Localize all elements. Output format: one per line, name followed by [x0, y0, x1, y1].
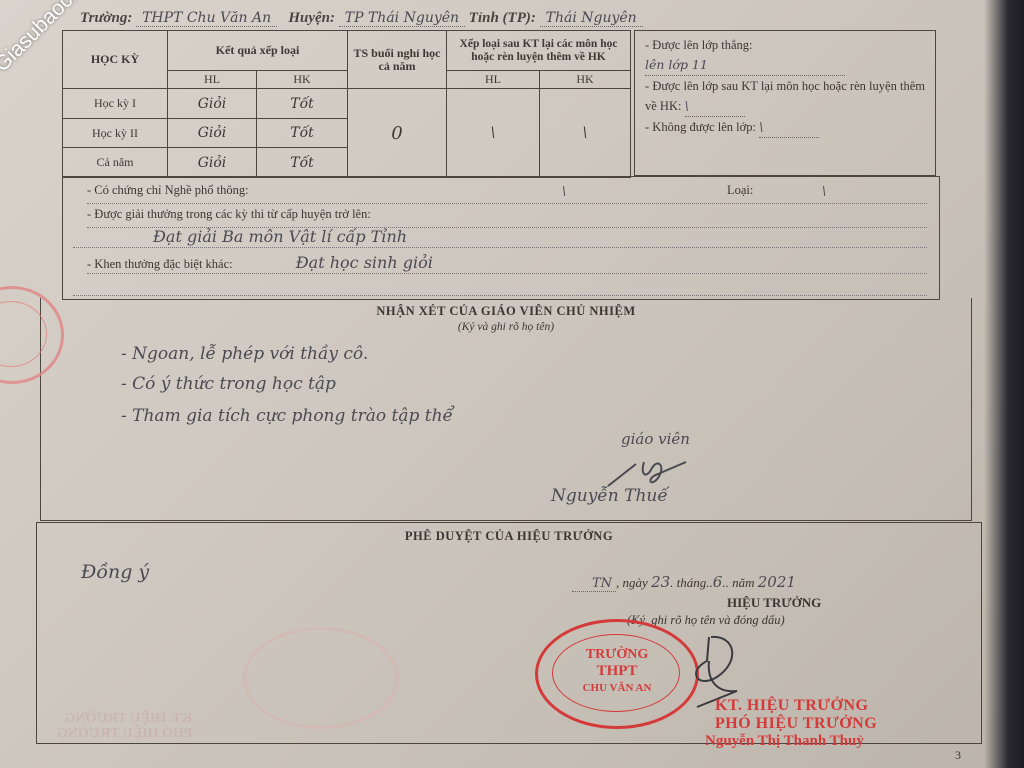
- award-value-line: Đạt giải Ba môn Vật lí cấp Tỉnh: [73, 227, 927, 248]
- certificate-line: - Có chứng chỉ Nghề phổ thông: \ Loại: \: [87, 183, 927, 204]
- signer-title: HIỆU TRƯỞNG: [727, 595, 821, 611]
- promote-after-retest-label: - Được lên lớp sau KT lại môn học hoặc r…: [645, 76, 925, 117]
- retest-hk-value: \: [540, 89, 631, 178]
- approval-date: TN, ngày 23. tháng..6.. năm 2021: [572, 573, 796, 591]
- sub-hl: HL: [168, 71, 257, 89]
- sub-retest-hk: HK: [540, 71, 631, 89]
- col-retest-header: Xếp loại sau KT lại các môn học hoặc rèn…: [447, 31, 631, 71]
- stamp-line-2: THPT: [538, 664, 696, 678]
- col-result-header: Kết quả xếp loại: [168, 31, 348, 71]
- district-label: Huyện:: [288, 10, 335, 26]
- award-label: - Được giải thưởng trong các kỳ thi từ c…: [87, 207, 371, 221]
- comment-line: - Ngoan, lễ phép với thầy cô.: [121, 344, 368, 364]
- sub-retest-hl: HL: [447, 71, 540, 89]
- award-value: Đạt giải Ba môn Vật lí cấp Tỉnh: [153, 227, 407, 246]
- year-value: 2021: [758, 573, 796, 591]
- not-promoted-label: - Không được lên lớp:: [645, 120, 756, 134]
- school-label: Trường:: [80, 10, 132, 26]
- teacher-comment-section: NHẬN XÉT CỦA GIÁO VIÊN CHỦ NHIỆM (Ký và …: [40, 298, 972, 521]
- hl-value: Giỏi: [168, 119, 257, 148]
- district-value: TP Thái Nguyên: [339, 10, 465, 27]
- stamp-line-1: TRƯỜNG: [538, 648, 696, 662]
- bleed-through-text: KT. HIỆU TRƯỞNG PHÓ HIỆU TRƯỞNG: [57, 711, 192, 741]
- bleed-through-stamp: [243, 627, 399, 729]
- promote-direct-label: - Được lên lớp thẳng:: [645, 35, 925, 55]
- award-label-line: - Được giải thưởng trong các kỳ thi từ c…: [87, 207, 927, 228]
- school-header: Trường: THPT Chu Văn An Huyện: TP Thái N…: [80, 10, 950, 27]
- teacher-signature-icon: [606, 456, 706, 490]
- col-term-header: HỌC KỲ: [63, 31, 168, 89]
- promote-after-retest-value: \: [685, 96, 745, 117]
- month-value: 6: [713, 573, 723, 591]
- day-label: , ngày: [616, 575, 648, 590]
- info-section: - Có chứng chỉ Nghề phổ thông: \ Loại: \…: [62, 176, 940, 300]
- hk-value: Tốt: [257, 89, 348, 119]
- not-promoted-value: \: [759, 117, 819, 138]
- col-absent-header: TS buổi nghỉ học cả năm: [348, 31, 447, 89]
- hk-value: Tốt: [257, 119, 348, 148]
- retest-hl-value: \: [447, 89, 540, 178]
- province-value: Thái Nguyên: [540, 10, 643, 27]
- grades-table: HỌC KỲ Kết quả xếp loại TS buổi nghỉ học…: [62, 30, 631, 178]
- comment-line: - Tham gia tích cực phong trào tập thể: [121, 406, 453, 426]
- special-award-label: - Khen thưởng đặc biệt khác:: [87, 257, 233, 271]
- school-stamp: TRƯỜNG THPT CHU VĂN AN: [535, 619, 699, 729]
- school-value: THPT Chu Văn An: [136, 10, 277, 27]
- year-label: năm: [732, 575, 754, 590]
- signer-line-1: KT. HIỆU TRƯỞNG: [715, 697, 868, 715]
- page-edge-shadow: [984, 0, 1024, 768]
- certificate-value: \: [562, 183, 566, 198]
- blank-line: [73, 275, 927, 296]
- hl-value: Giỏi: [168, 89, 257, 119]
- place-value: TN: [572, 576, 616, 592]
- special-award-line: - Khen thưởng đặc biệt khác: Đạt học sin…: [87, 253, 927, 274]
- certificate-label: - Có chứng chỉ Nghề phổ thông:: [87, 183, 249, 197]
- hk-value: Tốt: [257, 148, 348, 178]
- table-row: Học kỳ I Giỏi Tốt 0 \ \: [63, 89, 631, 119]
- day-value: 23: [651, 573, 670, 591]
- month-label: tháng: [677, 575, 707, 590]
- certificate-type-label: Loại:: [727, 183, 753, 198]
- signer-line-2: PHÓ HIỆU TRƯỞNG: [715, 715, 877, 733]
- partial-stamp-inner: [0, 301, 47, 367]
- sub-hk: HK: [257, 71, 348, 89]
- teacher-signature-mark: giáo viên: [621, 430, 690, 448]
- approval-decision: Đồng ý: [81, 561, 149, 583]
- bleed-through-line-1: KT. HIỆU TRƯỞNG: [57, 711, 192, 726]
- special-award-value: Đạt học sinh giỏi: [296, 253, 433, 272]
- promote-direct-value: lên lớp 11: [645, 55, 845, 76]
- stamp-line-3: CHU VĂN AN: [538, 682, 696, 694]
- absent-value: 0: [348, 89, 447, 178]
- page-number: 3: [955, 748, 961, 763]
- term-label: Cả năm: [63, 148, 168, 178]
- term-label: Học kỳ II: [63, 119, 168, 148]
- promotion-box: - Được lên lớp thẳng: lên lớp 11 - Được …: [634, 30, 936, 176]
- principal-approval-section: PHÊ DUYỆT CỦA HIỆU TRƯỞNG Đồng ý TN, ngà…: [36, 522, 982, 744]
- teacher-comment-title: NHẬN XÉT CỦA GIÁO VIÊN CHỦ NHIỆM: [41, 304, 971, 319]
- teacher-comment-subtitle: (Ký và ghi rõ họ tên): [41, 321, 971, 333]
- hl-value: Giỏi: [168, 148, 257, 178]
- signer-name: Nguyễn Thị Thanh Thuỷ: [705, 733, 864, 750]
- province-label: Tỉnh (TP):: [469, 10, 536, 26]
- approval-title: PHÊ DUYỆT CỦA HIỆU TRƯỞNG: [37, 529, 981, 544]
- bleed-through-line-2: PHÓ HIỆU TRƯỞNG: [57, 726, 192, 741]
- teacher-name: Nguyễn Thuế: [551, 486, 668, 506]
- comment-line: - Có ý thức trong học tập: [121, 374, 336, 394]
- term-label: Học kỳ I: [63, 89, 168, 119]
- certificate-type-value: \: [822, 183, 826, 198]
